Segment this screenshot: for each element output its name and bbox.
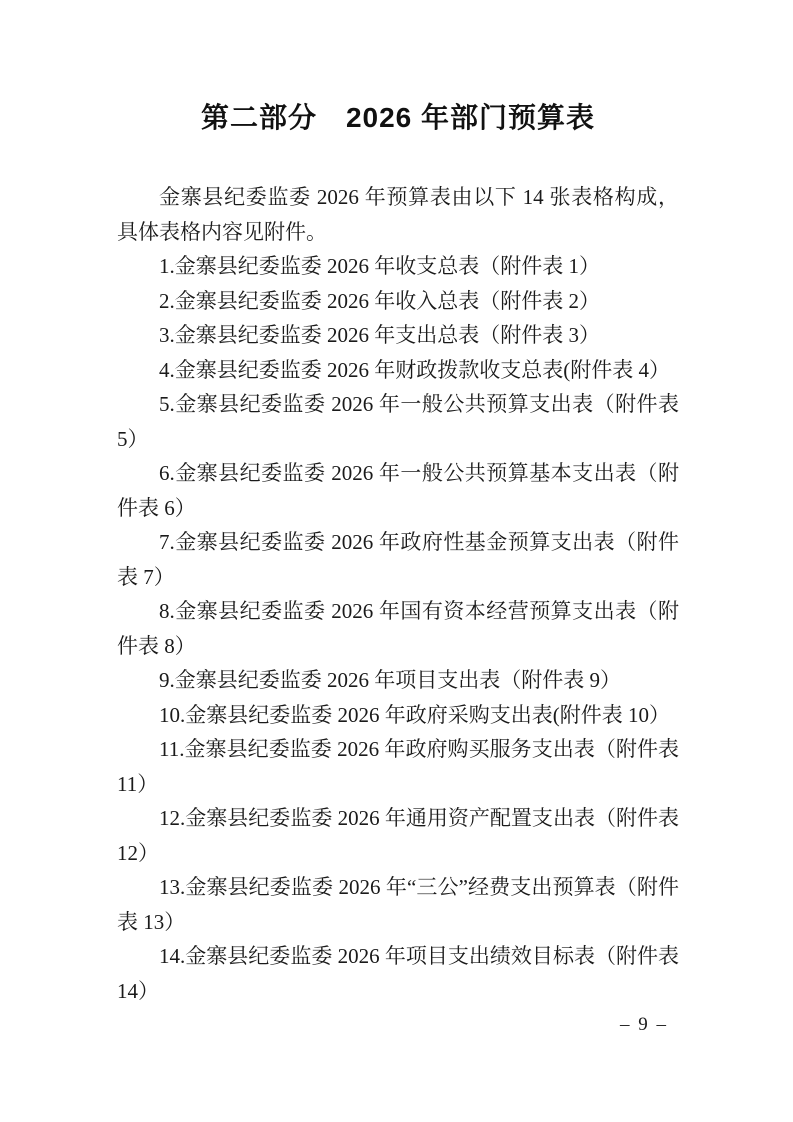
page-title: 第二部分 2026 年部门预算表: [117, 96, 679, 140]
table-list-item-14: 14.金寨县纪委监委 2026 年项目支出绩效目标表（附件表 14）: [117, 939, 679, 1008]
intro-paragraph: 金寨县纪委监委 2026 年预算表由以下 14 张表格构成，具体表格内容见附件。: [117, 180, 679, 249]
table-list-item-2: 2.金寨县纪委监委 2026 年收入总表（附件表 2）: [117, 284, 679, 319]
table-list-item-13: 13.金寨县纪委监委 2026 年“三公”经费支出预算表（附件表 13）: [117, 870, 679, 939]
table-list-item-6: 6.金寨县纪委监委 2026 年一般公共预算基本支出表（附件表 6）: [117, 456, 679, 525]
table-list-item-4: 4.金寨县纪委监委 2026 年财政拨款收支总表(附件表 4）: [117, 353, 679, 388]
table-list-item-9: 9.金寨县纪委监委 2026 年项目支出表（附件表 9）: [117, 663, 679, 698]
table-list-item-12: 12.金寨县纪委监委 2026 年通用资产配置支出表（附件表 12）: [117, 801, 679, 870]
table-list-item-8: 8.金寨县纪委监委 2026 年国有资本经营预算支出表（附件表 8）: [117, 594, 679, 663]
table-list-item-3: 3.金寨县纪委监委 2026 年支出总表（附件表 3）: [117, 318, 679, 353]
page-number: – 9 –: [620, 1012, 668, 1038]
document-body: 金寨县纪委监委 2026 年预算表由以下 14 张表格构成，具体表格内容见附件。…: [117, 180, 679, 1008]
document-page: 第二部分 2026 年部门预算表 金寨县纪委监委 2026 年预算表由以下 14…: [0, 0, 793, 1122]
table-list-item-7: 7.金寨县纪委监委 2026 年政府性基金预算支出表（附件表 7）: [117, 525, 679, 594]
table-list-item-10: 10.金寨县纪委监委 2026 年政府采购支出表(附件表 10）: [117, 698, 679, 733]
table-list-item-5: 5.金寨县纪委监委 2026 年一般公共预算支出表（附件表 5）: [117, 387, 679, 456]
table-list-item-1: 1.金寨县纪委监委 2026 年收支总表（附件表 1）: [117, 249, 679, 284]
table-list-item-11: 11.金寨县纪委监委 2026 年政府购买服务支出表（附件表 11）: [117, 732, 679, 801]
